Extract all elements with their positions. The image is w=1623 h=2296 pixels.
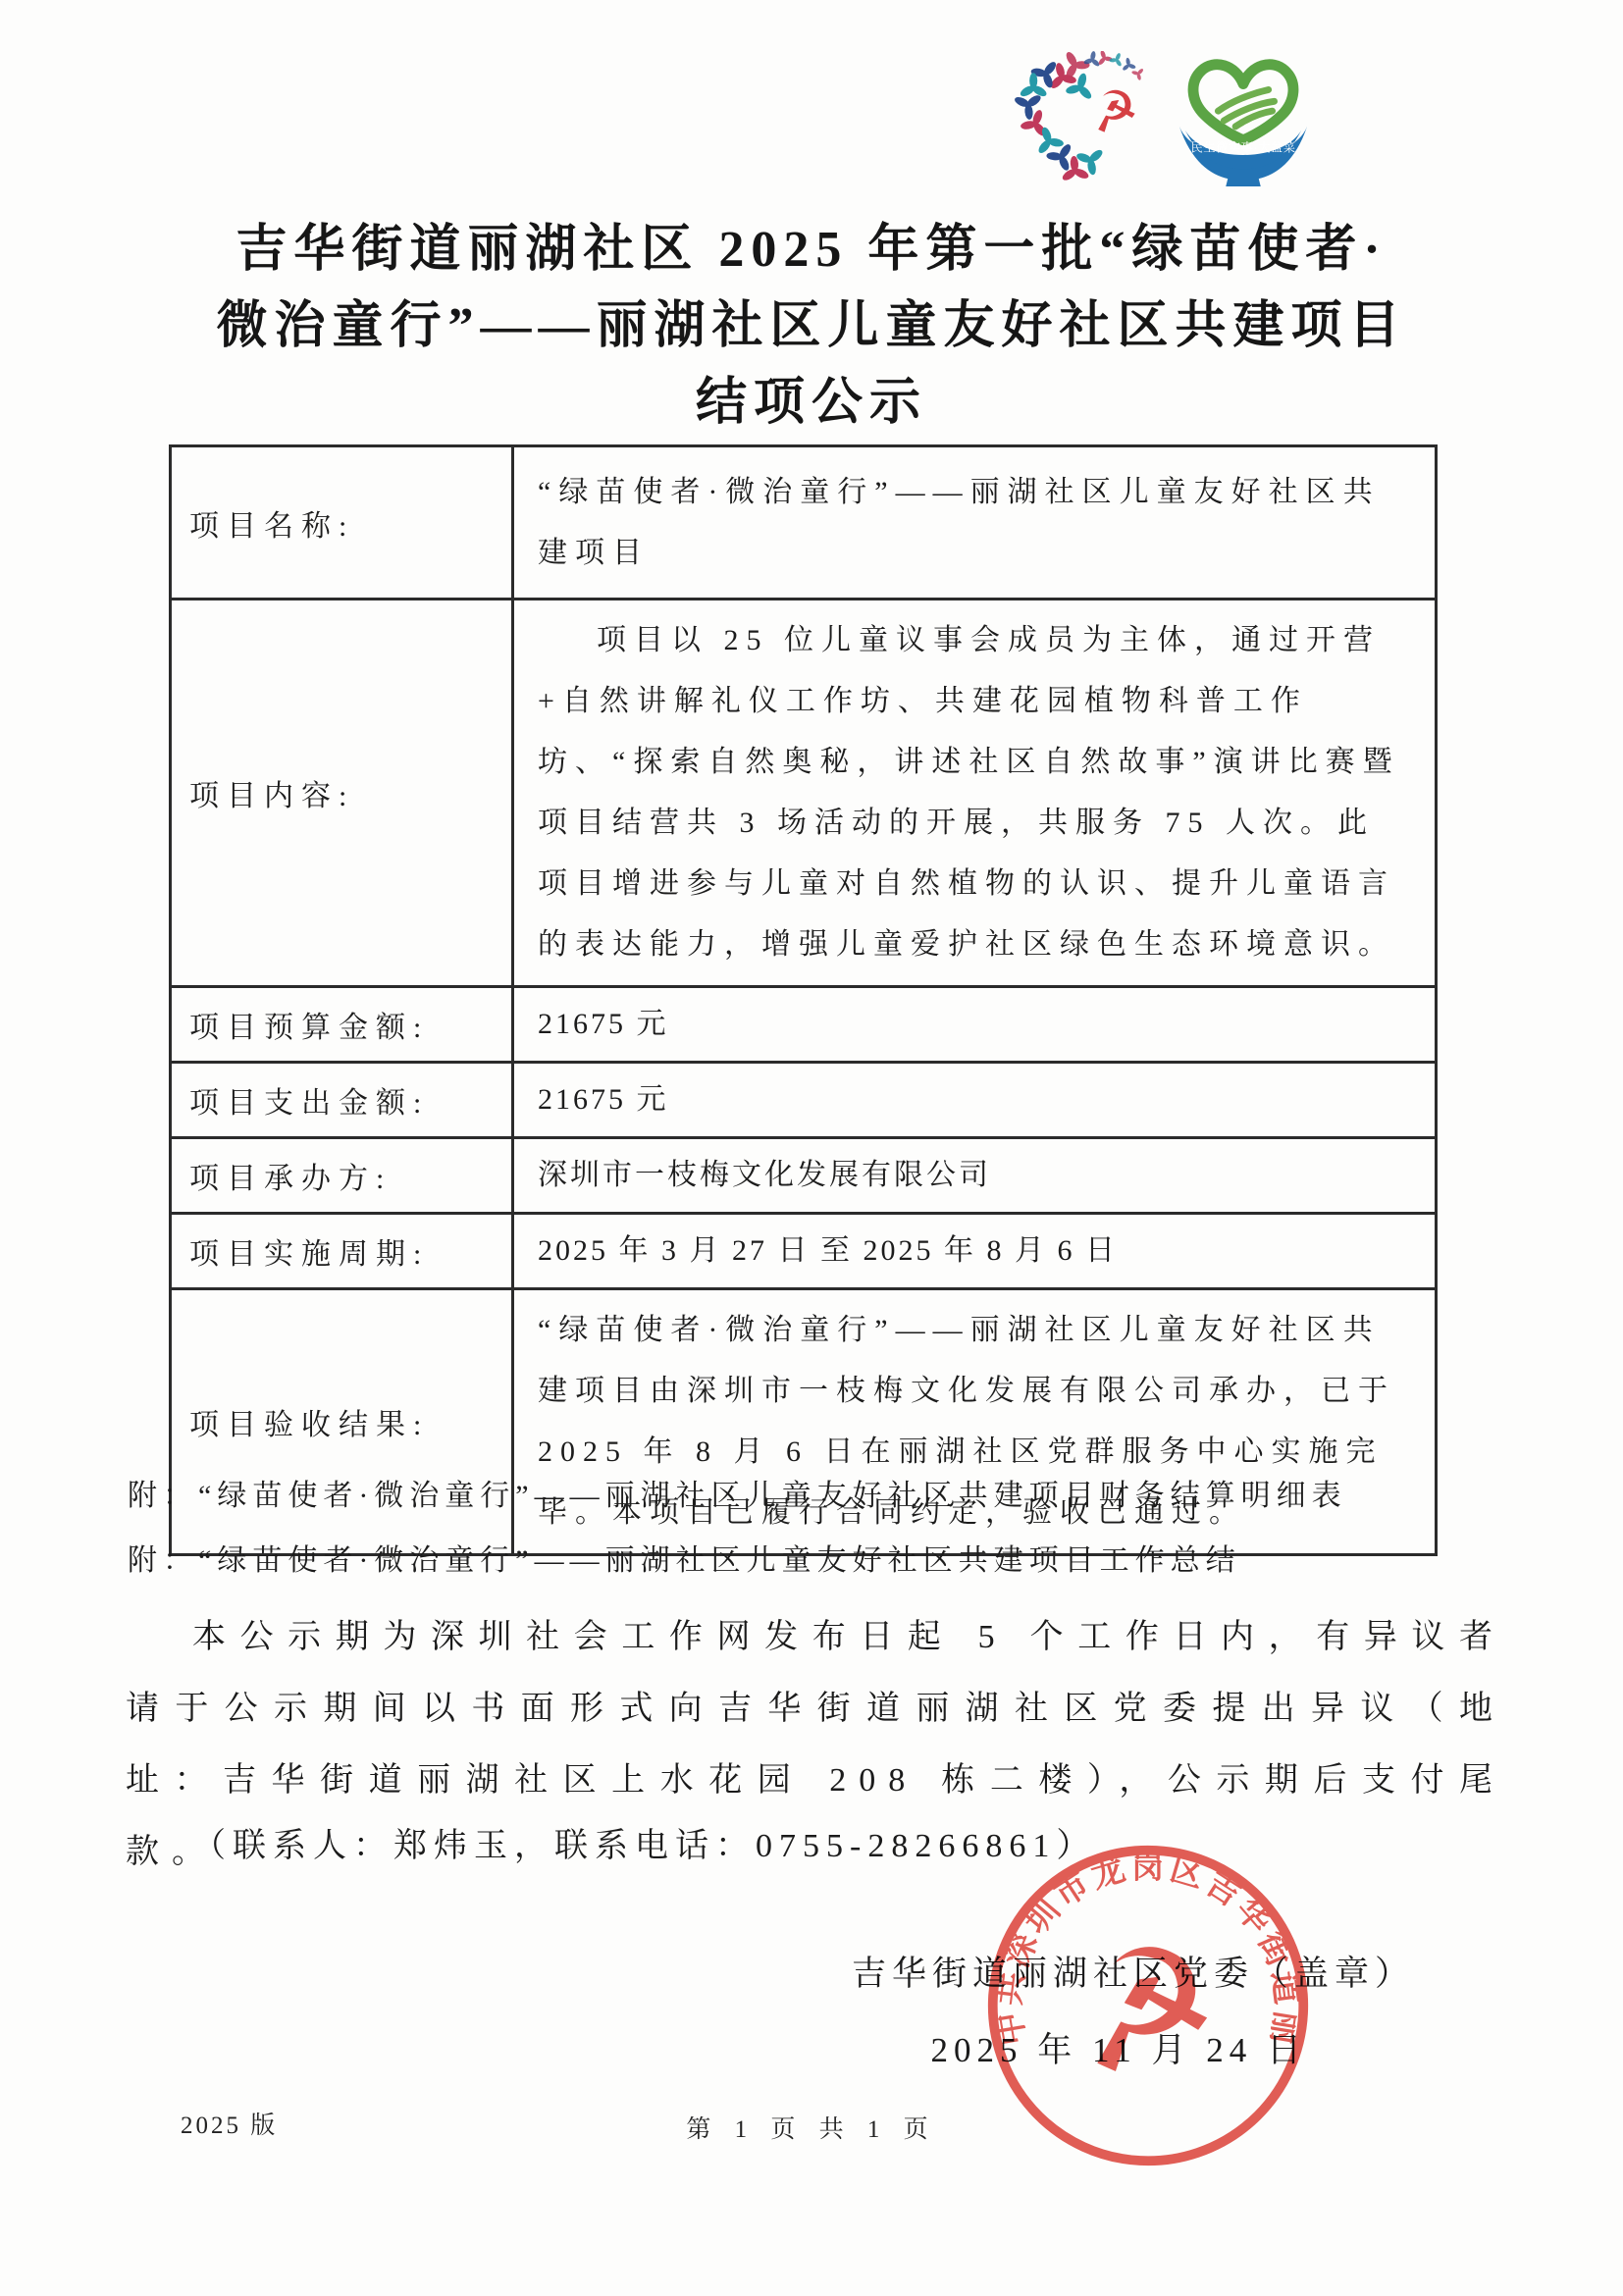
project-info-table: 项目名称: “绿苗使者·微治童行”——丽湖社区儿童友好社区共建项目 项目内容: …	[169, 444, 1438, 1556]
row-label: 项目预算金额:	[171, 987, 513, 1063]
row-value: 项目以 25 位儿童议事会成员为主体，通过开营+自然讲解礼仪工作坊、共建花园植物…	[538, 610, 1411, 975]
title-line-3: 结项公示	[106, 365, 1517, 442]
document-page: ☭ 民生微实事·大盆菜 吉华街道丽湖社区 2025 年第一批“绿苗使者· 微治童…	[0, 0, 1623, 2296]
row-label: 项目承办方:	[171, 1138, 513, 1214]
row-value: 深圳市一枝梅文化发展有限公司	[538, 1156, 1411, 1195]
header-logos: ☭ 民生微实事·大盆菜	[1013, 51, 1311, 194]
row-value: 2025 年 3 月 27 日 至 2025 年 8 月 6 日	[538, 1231, 1411, 1271]
row-value: 21675 元	[538, 1080, 1411, 1120]
attachments-block: 附：“绿苗使者·微治童行”——丽湖社区儿童友好社区共建项目财务结算明细表 附：“…	[128, 1464, 1509, 1593]
table-row-project-content: 项目内容: 项目以 25 位儿童议事会成员为主体，通过开营+自然讲解礼仪工作坊、…	[171, 600, 1437, 987]
row-label: 项目支出金额:	[171, 1063, 513, 1138]
title-line-1: 吉华街道丽湖社区 2025 年第一批“绿苗使者·	[106, 212, 1517, 288]
row-label: 项目实施周期:	[171, 1214, 513, 1289]
row-value: 21675 元	[538, 1005, 1411, 1044]
row-value: “绿苗使者·微治童行”——丽湖社区儿童友好社区共建项目	[538, 462, 1411, 584]
attachment-line-2: 附：“绿苗使者·微治童行”——丽湖社区儿童友好社区共建项目工作总结	[128, 1529, 1509, 1593]
row-label: 项目名称:	[171, 446, 513, 600]
table-row-project-name: 项目名称: “绿苗使者·微治童行”——丽湖社区儿童友好社区共建项目	[171, 446, 1437, 600]
table-row-budget: 项目预算金额: 21675 元	[171, 987, 1437, 1063]
party-pinwheel-heart-logo: ☭	[1013, 51, 1160, 194]
green-heart-shape	[1193, 65, 1293, 140]
hammer-sickle-icon: ☭	[1084, 76, 1144, 147]
stamp-hammer-sickle-icon: ☭	[1059, 1905, 1234, 2114]
table-row-contractor: 项目承办方: 深圳市一枝梅文化发展有限公司	[171, 1138, 1437, 1214]
attachment-line-1: 附：“绿苗使者·微治童行”——丽湖社区儿童友好社区共建项目财务结算明细表	[128, 1464, 1509, 1529]
title-line-2: 微治童行”——丽湖社区儿童友好社区共建项目	[106, 288, 1517, 365]
page-title: 吉华街道丽湖社区 2025 年第一批“绿苗使者· 微治童行”——丽湖社区儿童友好…	[106, 212, 1517, 442]
table-row-period: 项目实施周期: 2025 年 3 月 27 日 至 2025 年 8 月 6 日	[171, 1214, 1437, 1289]
minsheng-label: 民生微实事·大盆菜	[1190, 140, 1295, 155]
table-row-expense: 项目支出金额: 21675 元	[171, 1063, 1437, 1138]
minsheng-bowl-logo: 民生微实事·大盆菜	[1176, 51, 1311, 190]
heart-swirl	[1218, 89, 1274, 126]
row-label: 项目内容:	[171, 600, 513, 987]
footer-page-number: 第 1 页 共 1 页	[0, 2110, 1623, 2145]
